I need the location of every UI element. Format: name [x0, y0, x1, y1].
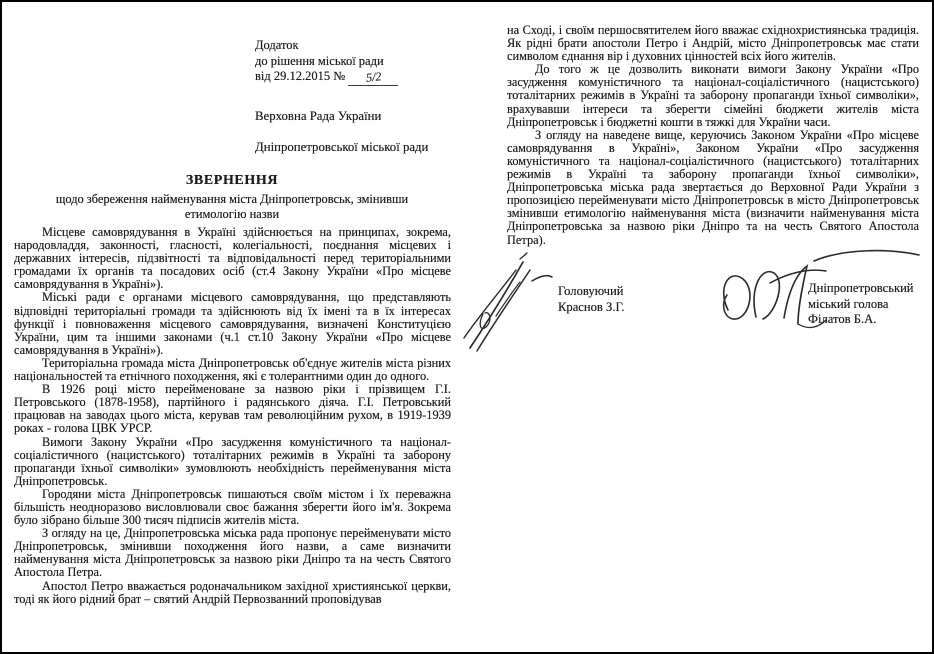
paragraph: З огляду на це, Дніпропетровська міська …: [14, 527, 451, 579]
subtitle-line-2: етимологію назви: [14, 207, 450, 222]
paragraph: Територіальна громада міста Дніпропетров…: [14, 357, 451, 383]
page2-body: на Сході, і своїм першосвятителем його в…: [507, 24, 919, 247]
addressee-line: Верховна Рада України: [255, 109, 381, 124]
document-subtitle: щодо збереження найменування міста Дніпр…: [14, 192, 450, 222]
signature-flourish-icon: [812, 246, 922, 264]
title-block: ЗВЕРНЕННЯ щодо збереження найменування м…: [14, 173, 450, 222]
annex-date-line: від 29.12.2015 №5/2: [255, 69, 398, 86]
signatory-name: Філатов Б.А.: [808, 312, 922, 328]
decision-number-underline: 5/2: [348, 69, 398, 86]
decision-number-handwritten: 5/2: [365, 69, 382, 86]
paragraph: Вимоги Закону України «Про засудження ко…: [14, 436, 451, 488]
paragraph: Місцеве самоврядування в Україні здійсню…: [14, 226, 451, 291]
signatory-name: Краснов З.Г.: [558, 300, 624, 316]
signature-block-right: Дніпропетровський міський голова Філатов…: [808, 281, 922, 328]
document-title: ЗВЕРНЕННЯ: [14, 173, 450, 189]
annex-date-prefix: від 29.12.2015 №: [255, 69, 345, 83]
annex-line-1: Додаток: [255, 38, 398, 54]
annex-line-2: до рішення міської ради: [255, 54, 398, 70]
signatory-role: Дніпропетровський міський голова: [808, 281, 922, 312]
page1-body: Місцеве самоврядування в Україні здійсню…: [14, 226, 451, 606]
paragraph: З огляду на наведене вище, керуючись Зак…: [507, 129, 919, 247]
scanned-document-sheet: Додаток до рішення міської ради від 29.1…: [0, 0, 934, 654]
signature-block-left: Головуючий Краснов З.Г.: [558, 284, 624, 315]
subtitle-line-1: щодо збереження найменування міста Дніпр…: [14, 192, 450, 207]
signatory-role: Головуючий: [558, 284, 624, 300]
sender-line: Дніпропетровської міської ради: [255, 140, 428, 155]
paragraph: Міські ради є органами місцевого самовря…: [14, 291, 451, 356]
paragraph: Апостол Петро вважається родоначальником…: [14, 580, 451, 606]
paragraph-continuation: на Сході, і своїм першосвятителем його в…: [507, 24, 919, 63]
paragraph: Городяни міста Дніпропетровськ пишаються…: [14, 488, 451, 527]
paragraph: До того ж це дозволить виконати вимоги З…: [507, 63, 919, 128]
paragraph: В 1926 році місто перейменоване за назво…: [14, 383, 451, 435]
signature-scrawl-left-icon: [460, 250, 560, 355]
annex-reference-block: Додаток до рішення міської ради від 29.1…: [255, 38, 398, 86]
